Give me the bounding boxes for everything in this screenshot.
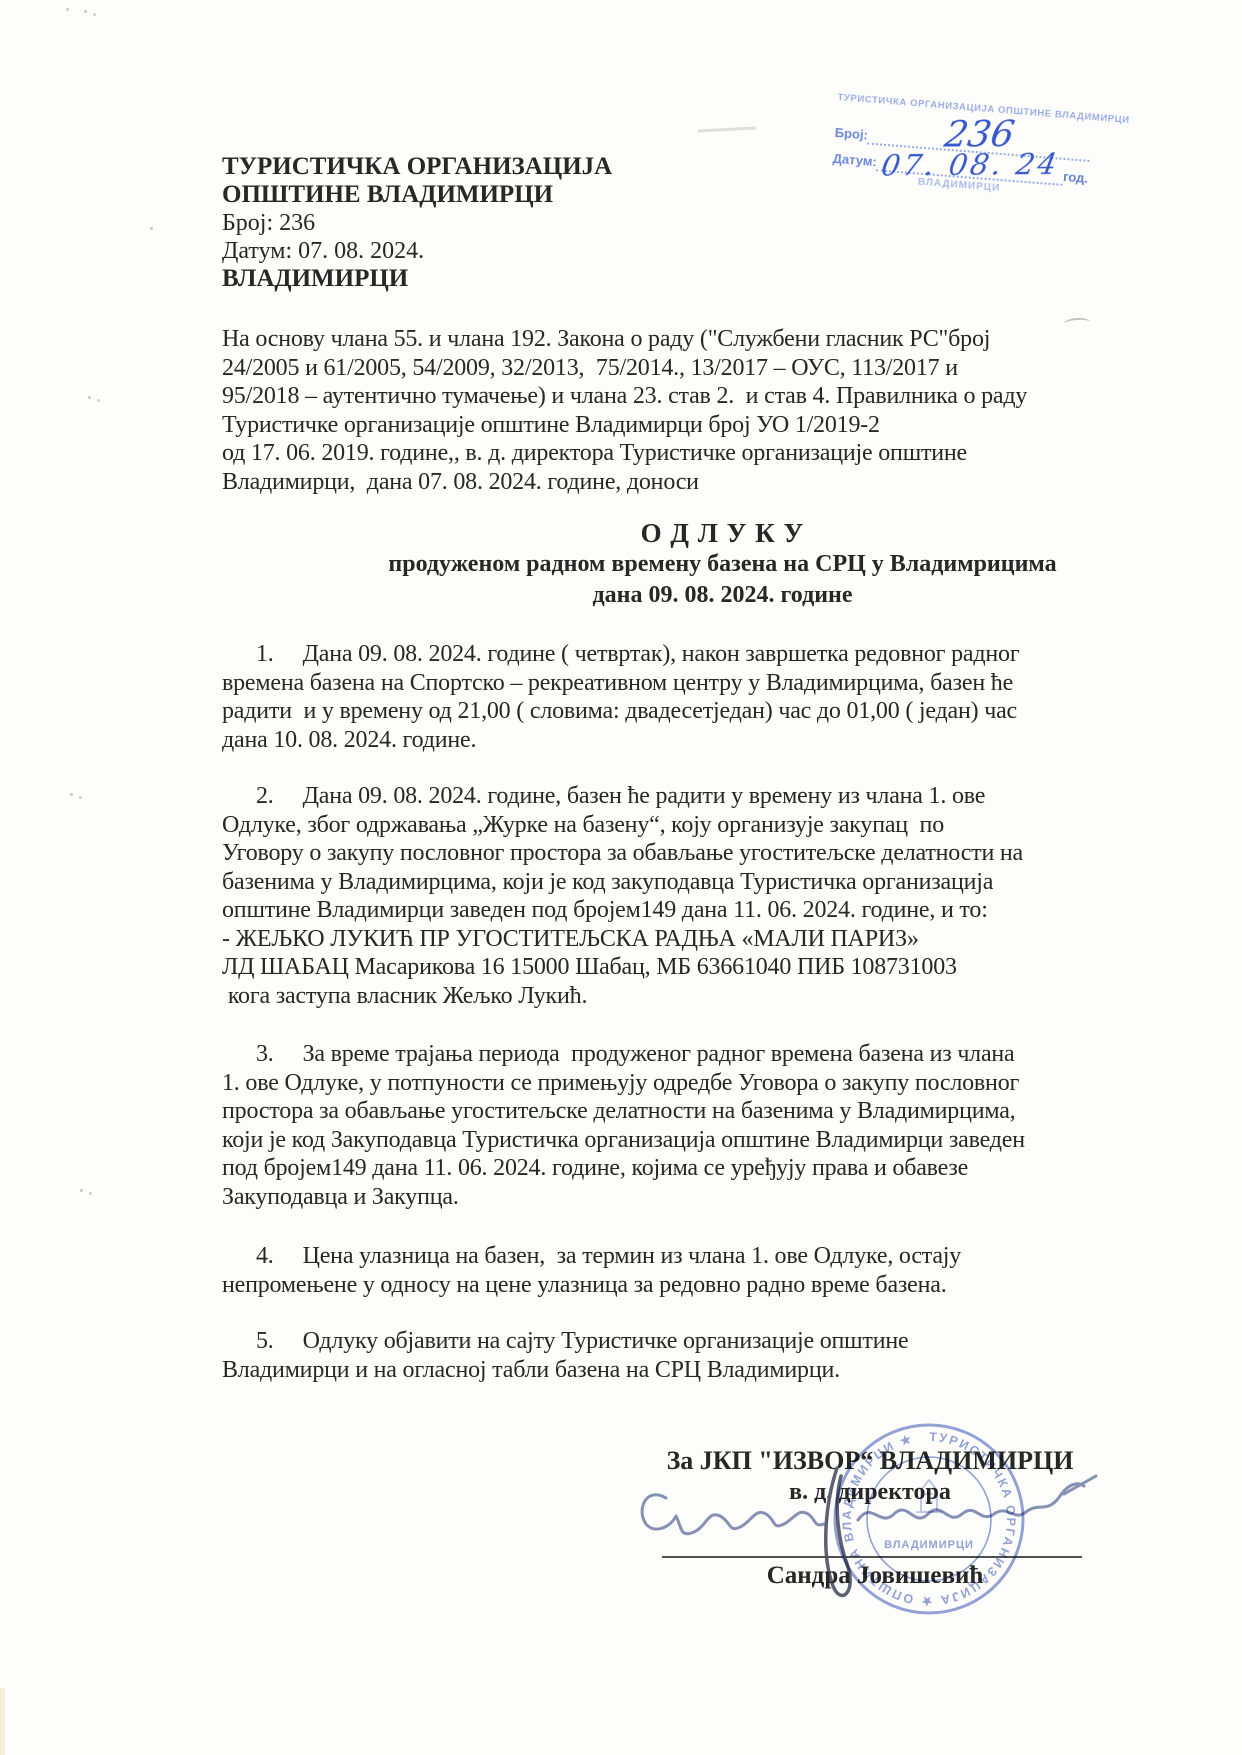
decision-item-5: 5. Одлуку објавити на сајту Туристичке о… [222, 1327, 1157, 1384]
stamp-date-label: Датум: [832, 151, 877, 171]
stamp-date-value: 07. 08. 24 [880, 151, 1062, 177]
scan-speck [70, 793, 73, 796]
document-number: Број: 236 [222, 209, 612, 237]
document-place: ВЛАДИМИРЦИ [222, 265, 612, 293]
scan-speck [88, 396, 91, 399]
decision-title: О Д Л У К У [240, 518, 1205, 549]
scan-speck [80, 1189, 83, 1192]
scan-smudge [698, 126, 756, 132]
decision-date-line: дана 09. 08. 2024. године [240, 580, 1205, 611]
legal-basis-paragraph: На основу члана 55. и члана 192. Закона … [222, 325, 1157, 496]
document-page: ТУРИСТИЧКА ОРГАНИЗАЦИЈА ОПШТИНЕ ВЛАДИМИР… [0, 0, 1242, 1755]
stamp-date-suffix: год. [1062, 169, 1088, 188]
received-stamp: ТУРИСТИЧКА ОРГАНИЗАЦИЈА ОПШТИНЕ ВЛАДИМИР… [831, 92, 1093, 201]
scan-speck [150, 227, 153, 230]
decision-item-3: 3. За време трајања периода продуженог р… [222, 1040, 1157, 1211]
org-name-line-1: ТУРИСТИЧКА ОРГАНИЗАЦИЈА [222, 153, 612, 181]
seal-emblem-icon [916, 1480, 942, 1512]
scan-speck [84, 10, 87, 13]
scan-streak [0, 1688, 5, 1755]
stamp-number-label: Број: [834, 124, 868, 144]
scan-speck [66, 8, 69, 11]
letterhead: ТУРИСТИЧКА ОРГАНИЗАЦИЈА ОПШТИНЕ ВЛАДИМИР… [222, 153, 612, 293]
document-date: Датум: 07. 08. 2024. [222, 237, 612, 265]
decision-subtitle: продуженом радном времену базена на СРЦ … [240, 549, 1205, 580]
decision-item-2: 2. Дана 09. 08. 2024. године, базен ће р… [222, 782, 1157, 1010]
round-seal-stamp: ТУРИСТИЧКА ОРГАНИЗАЦИЈА ★ ОПШТИНА ВЛАДИМ… [824, 1420, 1034, 1620]
decision-item-1: 1. Дана 09. 08. 2024. године ( четвртак)… [222, 640, 1157, 754]
org-name-line-2: ОПШТИНЕ ВЛАДИМИРЦИ [222, 181, 612, 209]
decision-title-block: О Д Л У К У продуженом радном времену ба… [240, 518, 1205, 611]
decision-item-4: 4. Цена улазница на базен, за термин из … [222, 1242, 1157, 1299]
seal-center-text: ВЛАДИМИРЦИ [884, 1539, 974, 1551]
